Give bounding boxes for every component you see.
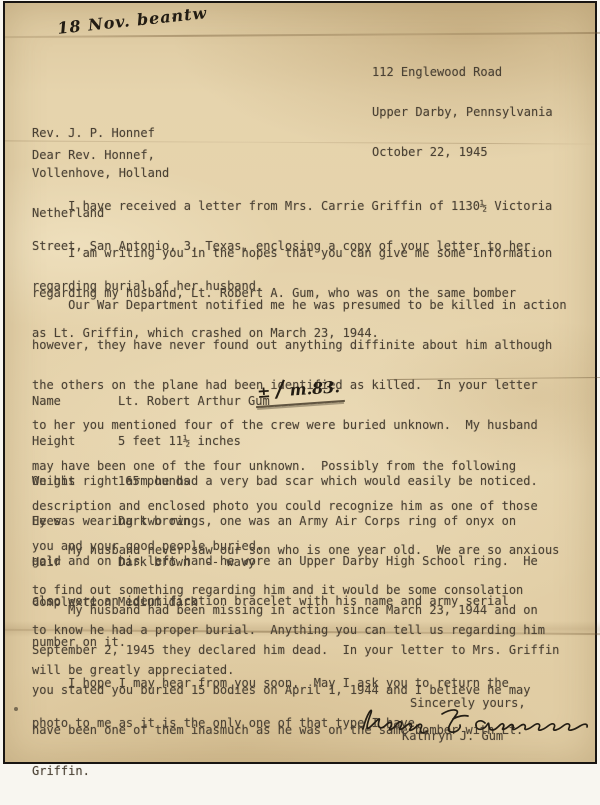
handwritten-received-note: 18 Nov. beantw <box>56 3 208 38</box>
height-note-slash: / <box>275 376 285 402</box>
paragraph-line: My husband never saw our son who is one … <box>32 544 559 557</box>
sender-address: 112 Englewood Road Upper Darby, Pennsylv… <box>372 39 553 186</box>
paragraph-line: I hope I may hear from you soon. May I a… <box>32 677 509 690</box>
description-label: Height <box>32 435 118 448</box>
paragraph-line: Our War Department notified me he was pr… <box>32 299 567 312</box>
scan-speck <box>172 17 175 19</box>
height-note-value: m.83. <box>289 377 341 399</box>
salutation: Dear Rev. Honnef, <box>32 149 155 162</box>
paragraph-line: however, they have never found out anyth… <box>32 339 567 352</box>
paragraph-line: I am writing you in the hopes that you c… <box>32 247 552 260</box>
paragraph-line: My husband had been missing in action si… <box>32 604 559 617</box>
paragraph-line: On his right arm he had a very bad scar … <box>32 475 538 488</box>
letter-scan: 18 Nov. beantw 112 Englewood Road Upper … <box>3 1 597 764</box>
description-row: Name Lt. Robert Arthur Gum <box>32 395 270 408</box>
recipient-line: Rev. J. P. Honnef <box>32 127 169 140</box>
description-value: Lt. Robert Arthur Gum <box>118 395 270 408</box>
paragraph-line: I have received a letter from Mrs. Carri… <box>32 200 552 213</box>
description-row: Height 5 feet 11½ inches <box>32 435 270 448</box>
sender-line: Upper Darby, Pennsylvania <box>372 106 553 119</box>
sender-line: October 22, 1945 <box>372 146 553 159</box>
description-value: 5 feet 11½ inches <box>118 435 241 448</box>
height-note-plusminus: ± <box>256 382 271 402</box>
typed-signature-name: Kathryn J. Gum <box>402 730 503 743</box>
description-label: Name <box>32 395 118 408</box>
handwritten-height-note: ± / m.83. <box>254 372 345 408</box>
scan-speck <box>14 707 18 711</box>
sender-line: 112 Englewood Road <box>372 66 553 79</box>
